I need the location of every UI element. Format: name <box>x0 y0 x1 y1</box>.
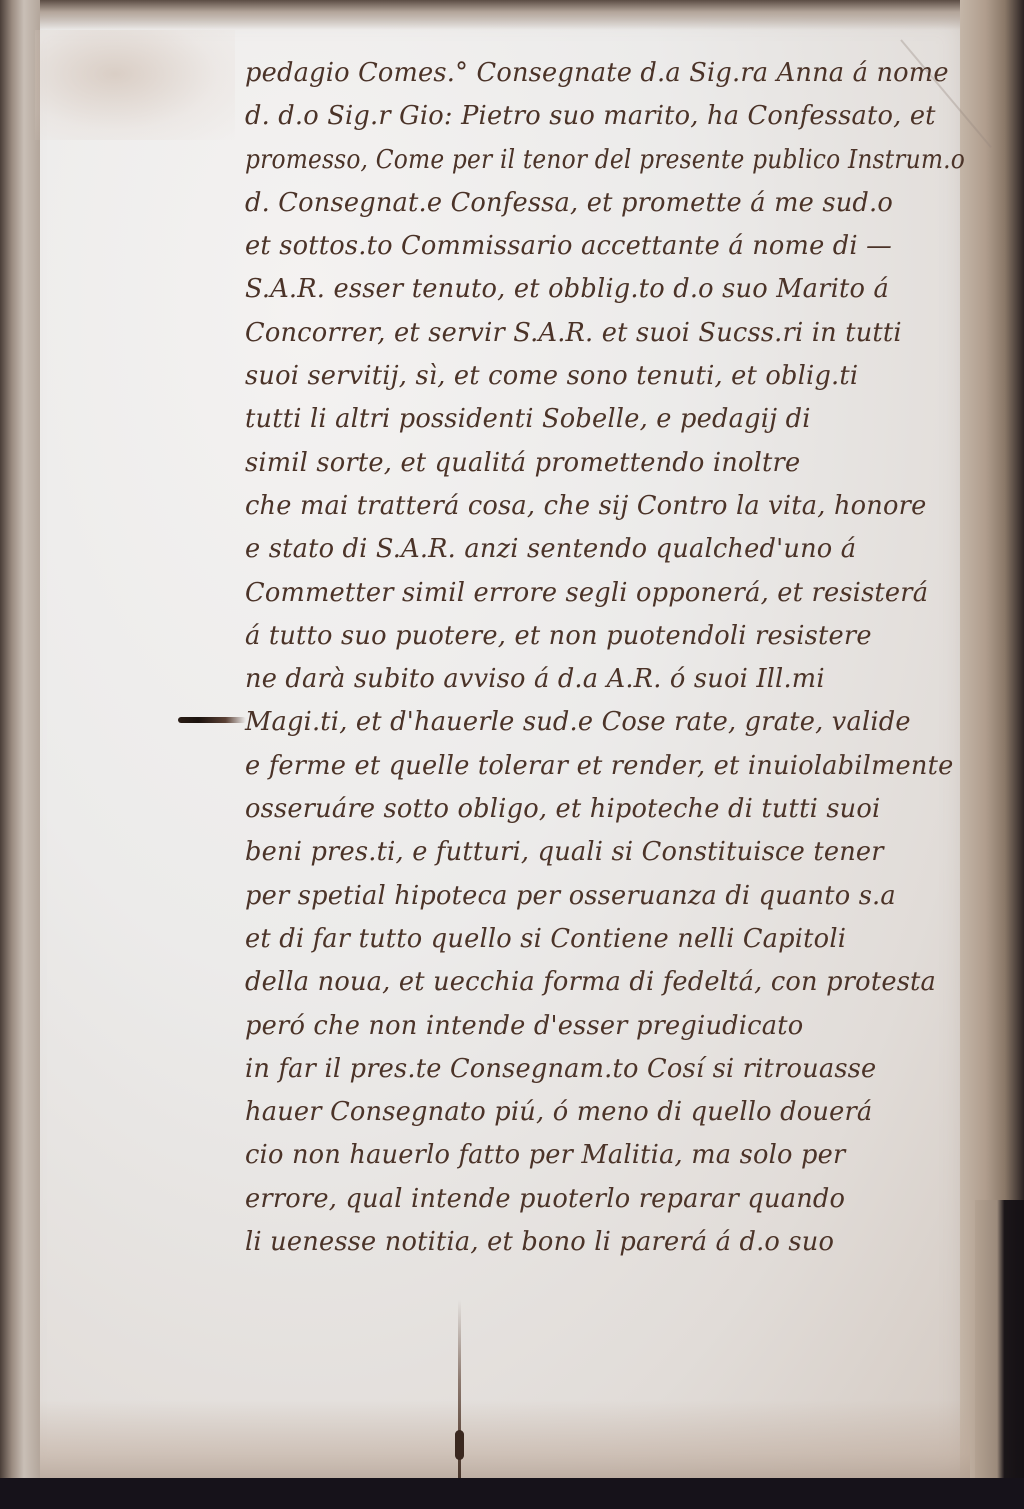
text-line: d. Consegnat.e Confessa, et promette á m… <box>245 182 965 225</box>
text-line: errore, qual intende puoterlo reparar qu… <box>245 1178 965 1221</box>
text-line: in far il pres.te Consegnam.to Cosí si r… <box>245 1048 965 1091</box>
text-line: Commetter simil errore segli opponerá, e… <box>245 572 965 615</box>
text-line: suoi servitij, sì, et come sono tenuti, … <box>245 355 965 398</box>
text-line: cio non hauerlo fatto per Malitia, ma so… <box>245 1134 965 1177</box>
text-line: S.A.R. esser tenuto, et obblig.to d.o su… <box>245 268 965 311</box>
fold-crease <box>458 1300 461 1500</box>
page-right-edge-lower <box>975 1200 1024 1509</box>
ink-blot <box>455 1430 464 1460</box>
text-line: simil sorte, et qualitá promettendo inol… <box>245 442 965 485</box>
text-line: per spetial hipoteca per osseruanza di q… <box>245 875 965 918</box>
text-line: osseruáre sotto obligo, et hipoteche di … <box>245 788 965 831</box>
binding-left-edge <box>0 0 40 1509</box>
text-line: pedagio Comes.° Consegnate d.a Sig.ra An… <box>245 52 965 95</box>
text-line: d. d.o Sig.r Gio: Pietro suo marito, ha … <box>245 95 965 138</box>
page-top-torn-edge <box>20 0 960 30</box>
text-line: ne darà subito avviso á d.a A.R. ó suoi … <box>245 658 965 701</box>
text-line: hauer Consegnato piú, ó meno di quello d… <box>245 1091 965 1134</box>
background-bottom <box>0 1478 1024 1509</box>
text-line: peró che non intende d'esser pregiudicat… <box>245 1005 965 1048</box>
text-line: beni pres.ti, e futturi, quali si Consti… <box>245 831 965 874</box>
text-line: li uenesse notitia, et bono li parerá á … <box>245 1221 965 1264</box>
water-stain <box>35 30 235 140</box>
text-line: della noua, et uecchia forma di fedeltá,… <box>245 961 965 1004</box>
text-line: che mai tratterá cosa, che sij Contro la… <box>245 485 965 528</box>
text-line: tutti li altri possidenti Sobelle, e ped… <box>245 398 965 441</box>
text-line: promesso, Come per il tenor del presente… <box>245 139 900 182</box>
text-line: á tutto suo puotere, et non puotendoli r… <box>245 615 965 658</box>
handwritten-text: pedagio Comes.° Consegnate d.a Sig.ra An… <box>245 52 975 1264</box>
margin-pointer-mark <box>178 717 246 723</box>
text-line: et di far tutto quello si Contiene nelli… <box>245 918 965 961</box>
text-line: Magi.ti, et d'hauerle sud.e Cose rate, g… <box>245 701 965 744</box>
text-line: e stato di S.A.R. anzi sentendo qualched… <box>245 528 965 571</box>
bottom-stain <box>40 1400 970 1490</box>
text-line: et sottos.to Commissario accettante á no… <box>245 225 965 268</box>
text-line: Concorrer, et servir S.A.R. et suoi Sucs… <box>245 312 965 355</box>
text-line: e ferme et quelle tolerar et render, et … <box>245 745 965 788</box>
